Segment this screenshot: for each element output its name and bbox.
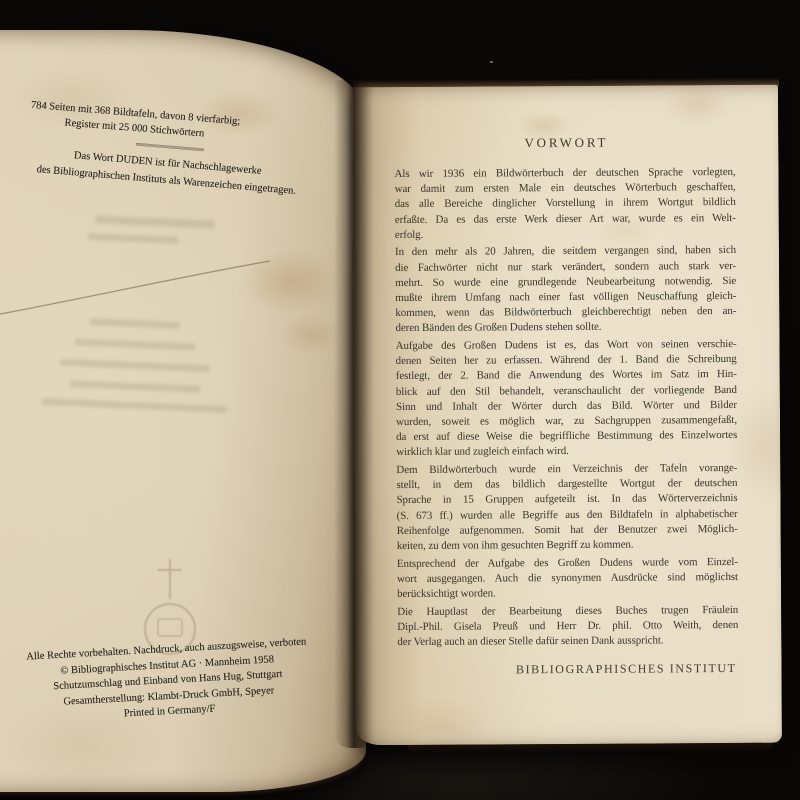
text-line: erfaßte. Da es das erste Werk dieser Art…: [395, 211, 736, 228]
paragraph: In den mehr als 20 Jahren, die seitdem v…: [395, 243, 737, 336]
showthrough-text: [42, 398, 227, 413]
text-line: das alle Bereiche dinglicher Vorstellung…: [395, 195, 736, 212]
paragraph: Als wir 1936 ein Bildwörterbuch der deut…: [394, 165, 735, 243]
page-title: VORWORT: [394, 135, 735, 151]
paragraph: Dem Bildwörterbuch wurde ein Verzeichnis…: [396, 461, 738, 554]
text-line: Reihenfolge aufgenommen. Somit hat der B…: [397, 522, 738, 539]
imprint-copyright-block: Alle Rechte vorbehalten. Nachdruck, auch…: [0, 633, 338, 729]
text-line: In den mehr als 20 Jahren, die seitdem v…: [395, 243, 736, 260]
showthrough-text: [95, 215, 215, 228]
text-line: erfolg.: [395, 226, 736, 243]
text-line: deren Bänden des Großen Dudens stehen so…: [395, 319, 736, 336]
text-line: der Verlag auch an dieser Stelle dafür s…: [397, 633, 738, 650]
publisher-signature: BIBLIOGRAPHISCHES INSTITUT: [398, 661, 739, 678]
edition-note: 784 Seiten mit 368 Bildtafeln, davon 8 v…: [14, 97, 256, 146]
showthrough-text: [60, 359, 210, 373]
text-line: kommen, wenn das Bildwörterbuch gleichbe…: [395, 304, 736, 321]
showthrough-text: [90, 318, 180, 329]
text-line: Sprache in 15 Gruppen aufgeteilt ist. In…: [396, 491, 737, 508]
paragraph: Die Hauptlast der Bearbeitung dieses Buc…: [397, 603, 738, 651]
trademark-note: Das Wort DUDEN ist für Nachschlagewerked…: [0, 141, 343, 203]
paragraph: Entsprechend der Aufgabe des Großen Dude…: [397, 555, 738, 603]
showthrough-text: [75, 338, 195, 350]
text-line: Dipl.-Phil. Gisela Preuß und Herr Dr. ph…: [397, 618, 738, 635]
showthrough-text: [70, 380, 200, 393]
left-page: 784 Seiten mit 368 Bildtafeln, davon 8 v…: [0, 30, 366, 792]
text-line: berücksichtigt worden.: [397, 585, 738, 602]
book-photo-scene: 784 Seiten mit 368 Bildtafeln, davon 8 v…: [0, 0, 800, 800]
paragraph: Aufgabe des Großen Dudens ist es, das Wo…: [396, 337, 738, 461]
dust-speck: [490, 61, 493, 63]
text-line: wirklich klar und zugleich einfach wird.: [396, 443, 737, 460]
vorwort-text-column: VORWORT Als wir 1936 ein Bildwörterbuch …: [394, 85, 739, 678]
text-line: da erst auf diese Weise die begriffliche…: [396, 428, 737, 445]
right-page: VORWORT Als wir 1936 ein Bildwörterbuch …: [352, 85, 782, 746]
vorwort-paragraphs: Als wir 1936 ein Bildwörterbuch der deut…: [394, 165, 738, 650]
text-line: keiten, zu dem von ihm gesuchten Begriff…: [397, 537, 738, 554]
showthrough-text: [88, 233, 178, 244]
text-line: wort ausgegangen. Auch die synonymen Aus…: [397, 570, 738, 587]
separator-rule: [136, 143, 204, 150]
text-line: (S. 673 ff.) wurden alle Begriffe aus de…: [397, 507, 738, 524]
text-line: festlegt, der 2. Band die Anwendung des …: [396, 367, 737, 384]
